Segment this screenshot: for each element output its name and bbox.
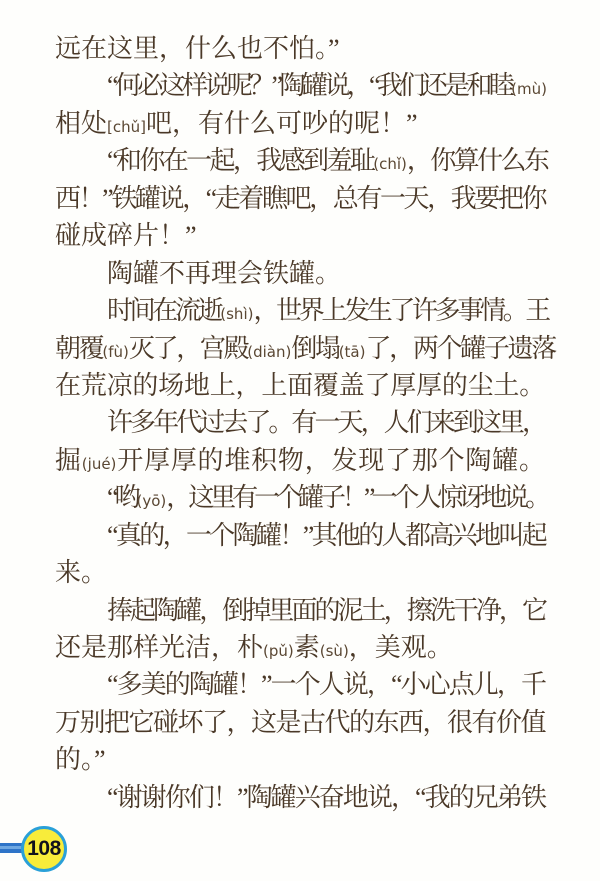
text-line: 时间在流逝(shì)，世界上发生了许多事情。王 bbox=[55, 292, 545, 329]
text-line: 许多年代过去了。有一天，人们来到这里， bbox=[55, 404, 545, 441]
text-line: 朝覆(fù)灭了，宫殿(diàn)倒塌(tā)了，两个罐子遗落 bbox=[55, 330, 545, 367]
page-number: 108 bbox=[27, 837, 61, 861]
text-line: 碰成碎片！” bbox=[55, 217, 545, 254]
text-line: “真的，一个陶罐！”其他的人都高兴地叫起 bbox=[55, 517, 545, 554]
pinyin-annotation: (yō) bbox=[136, 492, 166, 510]
text-line: 远在这里，什么也不怕。” bbox=[55, 30, 545, 67]
text-line: 万别把它碰坏了，这是古代的东西，很有价值 bbox=[55, 704, 545, 741]
text-line: 捧起陶罐，倒掉里面的泥土，擦洗干净，它 bbox=[55, 592, 545, 629]
pinyin-annotation: (jué) bbox=[82, 455, 117, 473]
text-line: 还是那样光洁，朴(pǔ)素(sù)，美观。 bbox=[55, 629, 545, 666]
text-line: 来。 bbox=[55, 554, 545, 591]
text-line: 西！”铁罐说，“走着瞧吧，总有一天，我要把你 bbox=[55, 180, 545, 217]
pinyin-annotation: (diàn) bbox=[247, 343, 291, 361]
pinyin-annotation: (mù) bbox=[511, 80, 547, 98]
page-footer: 108 bbox=[0, 826, 120, 876]
text-line: 掘(jué)开厚厚的堆积物，发现了那个陶罐。 bbox=[55, 442, 545, 479]
text-line: “谢谢你们！”陶罐兴奋地说，“我的兄弟铁 bbox=[55, 779, 545, 816]
text-line: 的。” bbox=[55, 741, 545, 778]
text-line: “何必这样说呢？”陶罐说，“我们还是和睦(mù) bbox=[55, 67, 545, 104]
text-line: “和你在一起，我感到羞耻(chǐ)，你算什么东 bbox=[55, 142, 545, 179]
text-line: 相处[chǔ]吧，有什么可吵的呢！” bbox=[55, 105, 545, 142]
page-number-badge: 108 bbox=[21, 826, 67, 872]
text-line: “哟(yō)，这里有一个罐子！”一个人惊讶地说。 bbox=[55, 479, 545, 516]
pinyin-annotation: (pǔ) bbox=[263, 642, 294, 660]
pinyin-annotation: (shì) bbox=[220, 305, 253, 323]
pinyin-annotation: (fù) bbox=[102, 343, 129, 361]
pinyin-annotation: (chǐ) bbox=[373, 155, 407, 173]
pinyin-annotation: (sù) bbox=[320, 642, 349, 660]
text-line: 在荒凉的场地上，上面覆盖了厚厚的尘土。 bbox=[55, 367, 545, 404]
text-line: “多美的陶罐！”一个人说，“小心点儿，千 bbox=[55, 666, 545, 703]
text-line: 陶罐不再理会铁罐。 bbox=[55, 255, 545, 292]
pinyin-annotation: [chǔ] bbox=[107, 118, 146, 136]
pinyin-annotation: (tā) bbox=[339, 343, 366, 361]
story-text-block: 远在这里，什么也不怕。” “何必这样说呢？”陶罐说，“我们还是和睦(mù) 相处… bbox=[55, 30, 545, 816]
